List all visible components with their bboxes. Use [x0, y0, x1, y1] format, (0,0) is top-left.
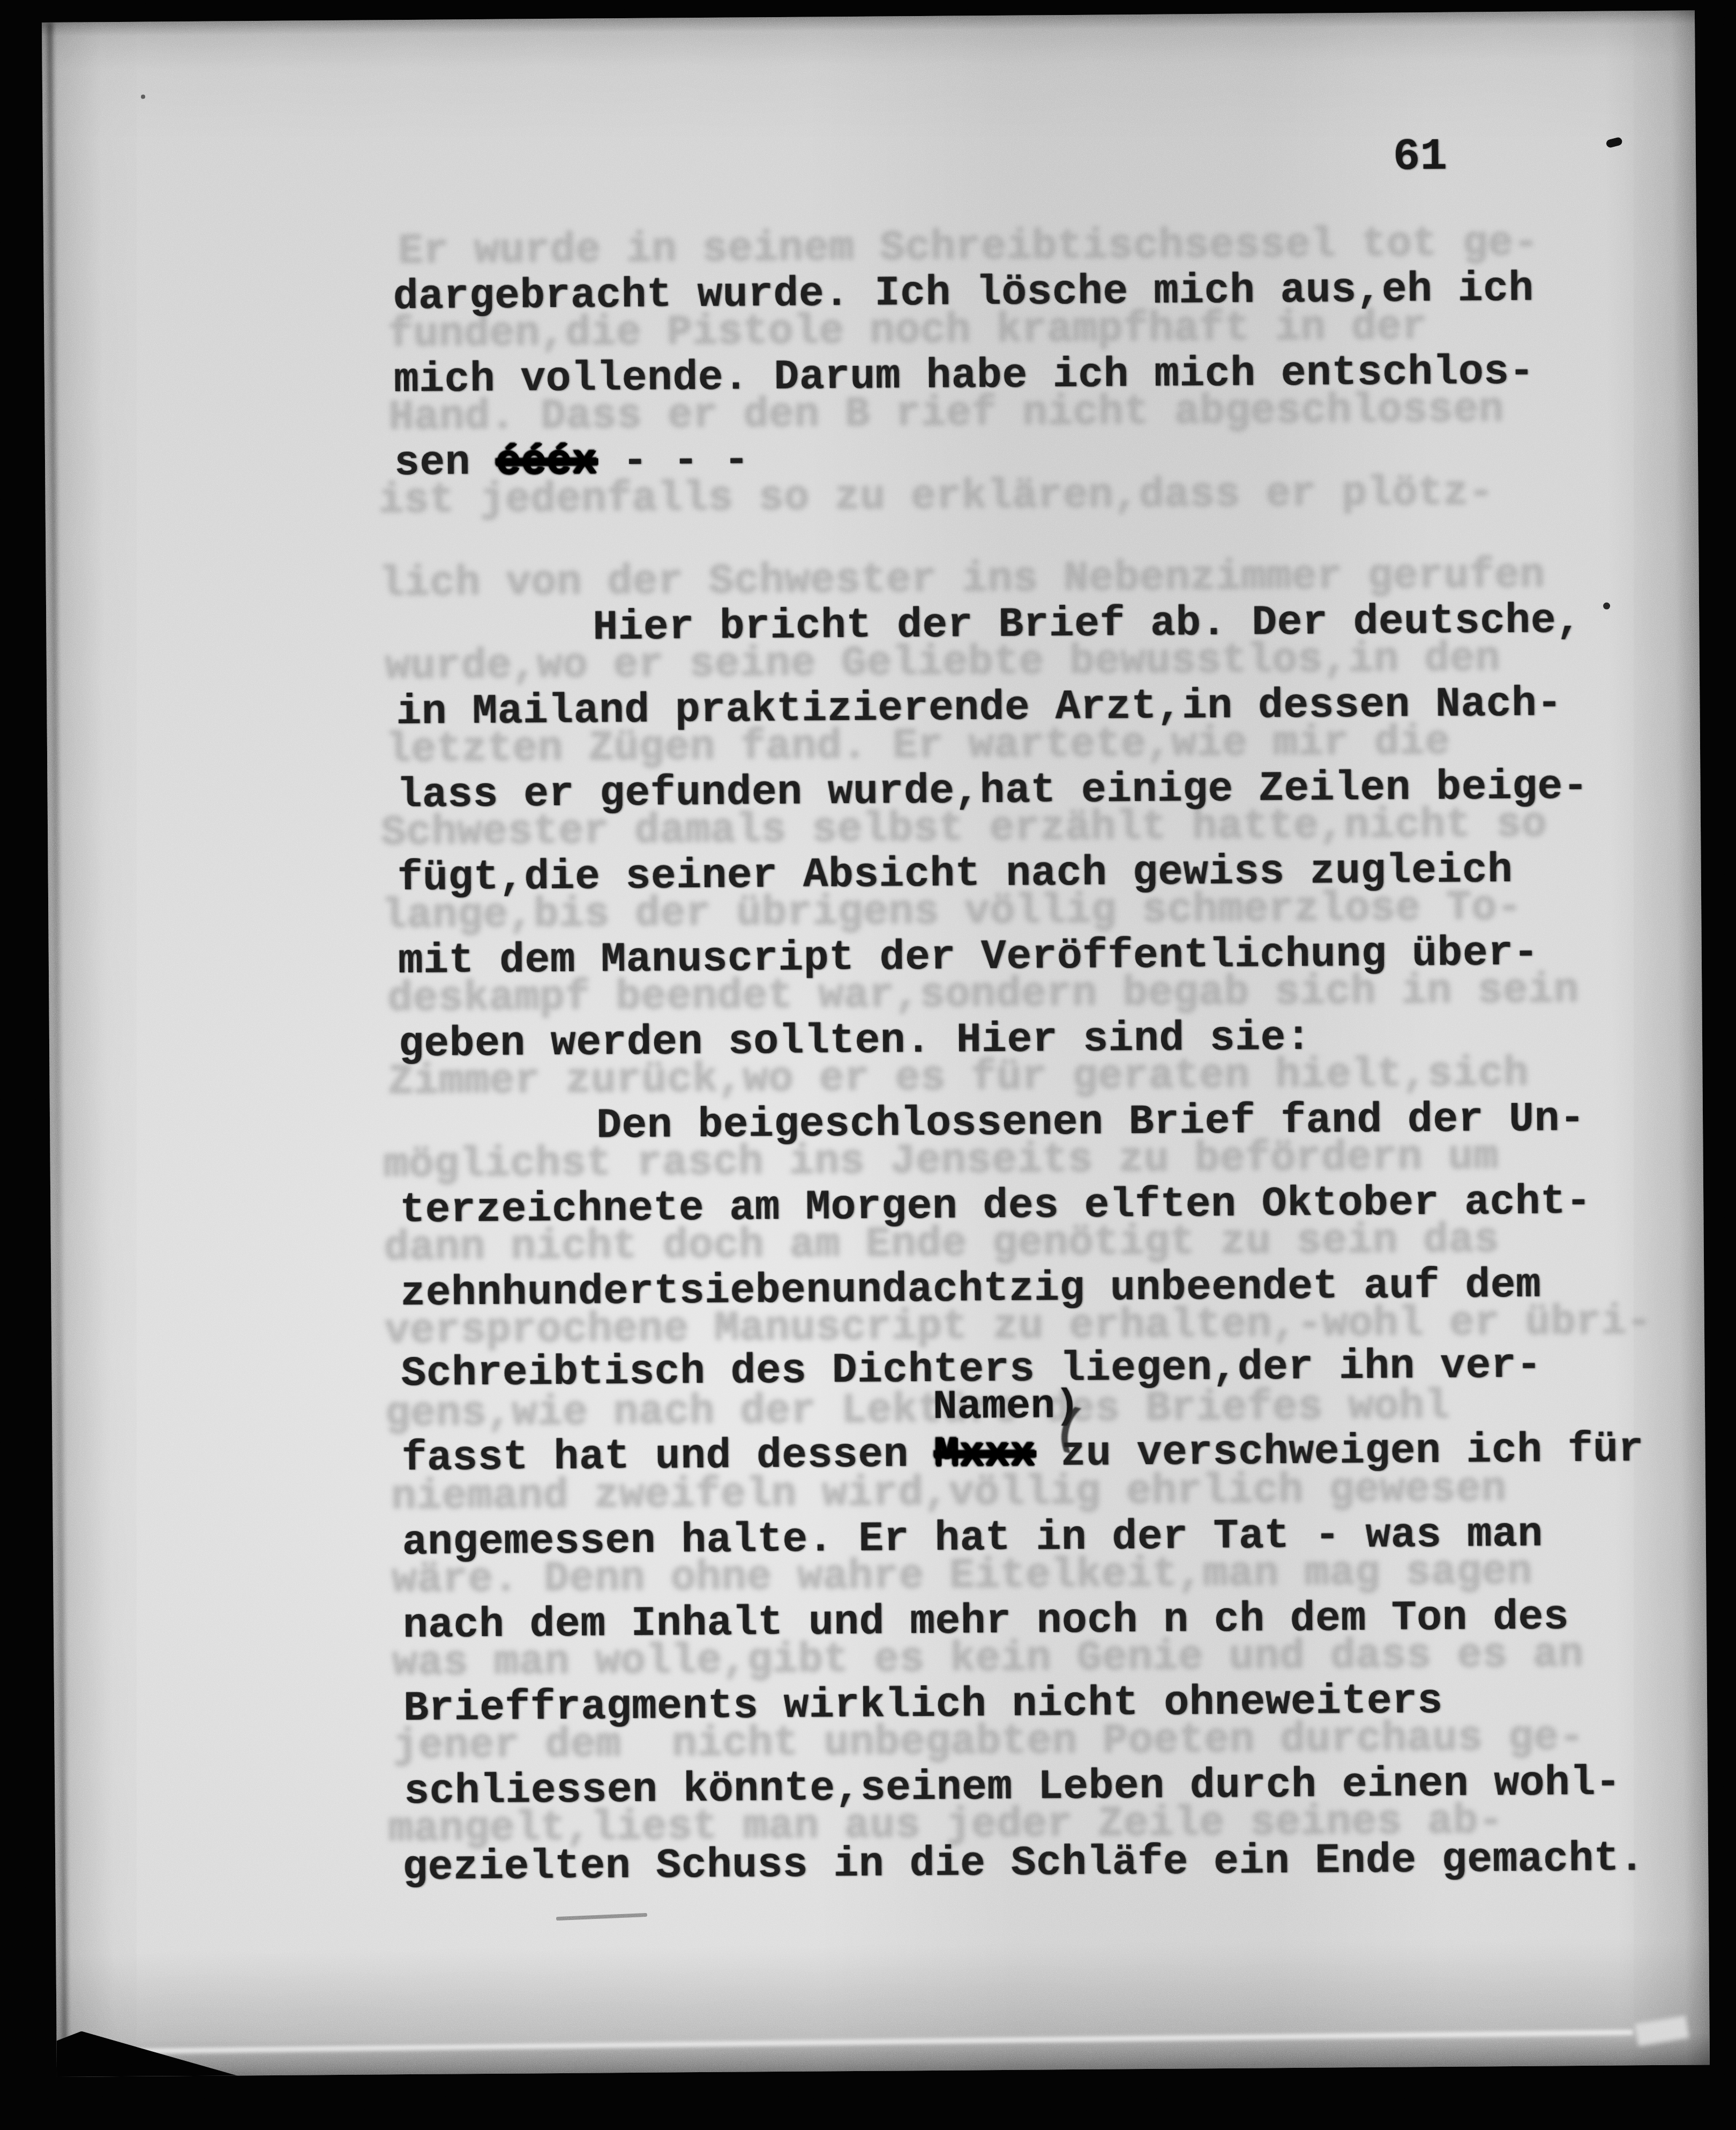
typed-line: gezielten Schuss in die Schläfe ein Ende… [402, 1835, 1645, 1892]
typed-line: geben werden sollten. Hier sind sie: [399, 1014, 1312, 1069]
bottom-left-shadow-wedge [42, 2030, 261, 2077]
typed-line: lass er gefunden wurde,hat einige Zeilen… [396, 763, 1588, 820]
typed-text: Brieffragments wirklich nicht ohneweiter… [403, 1678, 1443, 1732]
typed-line: nach dem Inhalt und mehr noch n ch dem T… [403, 1593, 1569, 1650]
typed-text: nach dem Inhalt und mehr noch n ch dem T… [403, 1594, 1569, 1649]
typed-text: - - - [597, 437, 749, 485]
typed-line: dargebracht wurde. Ich lösche mich aus,e… [393, 265, 1533, 322]
typed-text: in Mailand praktizierende Arzt,in dessen… [396, 680, 1562, 736]
typed-line: Den beigeschlossenen Brief fand der Un- [596, 1095, 1585, 1151]
typed-line: mich vollende. Darum habe ich mich entsc… [394, 348, 1535, 405]
overstruck-word: éééx [496, 438, 597, 486]
typed-text: mit dem Manuscript der Veröffentlichung … [398, 930, 1539, 986]
typed-text: geben werden sollten. Hier sind sie: [399, 1015, 1312, 1068]
paper-sheet: Er wurde in seinem Schreibtischsessel to… [42, 10, 1710, 2077]
typed-line: fügt,die seiner Absicht nach gewiss zugl… [397, 846, 1513, 903]
typed-text: mich vollende. Darum habe ich mich entsc… [394, 349, 1535, 404]
typed-line: sen éééx - - - [394, 437, 750, 487]
typed-text: Den beigeschlossenen Brief fand der Un- [596, 1096, 1585, 1150]
typed-text: terzeichnete am Morgen des elften Oktobe… [400, 1179, 1591, 1234]
typed-line: angemessen halte. Er hat in der Tat - wa… [402, 1511, 1543, 1567]
typed-line: fasst hat und dessen Mxxx zu verschweige… [401, 1426, 1644, 1483]
typed-text: schliessen könnte,seinem Leben durch ein… [404, 1759, 1621, 1816]
ink-speck [141, 95, 145, 99]
ink-speck [1605, 137, 1623, 148]
typed-line: in Mailand praktizierende Arzt,in dessen… [396, 680, 1562, 737]
typed-text: angemessen halte. Er hat in der Tat - wa… [402, 1511, 1543, 1567]
typed-text: Hier bricht der Brief ab. Der deutsche, [593, 597, 1582, 652]
page-number: 61 [1393, 133, 1447, 182]
typed-line: Hier bricht der Brief ab. Der deutsche, [593, 597, 1582, 652]
typed-line: mit dem Manuscript der Veröffentlichung … [398, 929, 1539, 986]
overstruck-word: Mxxx [934, 1430, 1036, 1478]
typed-text: lass er gefunden wurde,hat einige Zeilen… [396, 763, 1588, 819]
typed-text: zu verschweigen ich für [1035, 1426, 1644, 1477]
typed-line: Brieffragments wirklich nicht ohneweiter… [403, 1677, 1443, 1733]
typed-text: fasst hat und dessen [401, 1431, 934, 1482]
typed-text: fügt,die seiner Absicht nach gewiss zugl… [397, 847, 1513, 902]
typed-text: zehnhundertsiebenundachtzig unbeendet au… [400, 1262, 1541, 1318]
typed-line: terzeichnete am Morgen des elften Oktobe… [400, 1178, 1591, 1235]
typed-text: sen [394, 439, 496, 487]
typed-text: gezielten Schuss in die Schläfe ein Ende… [402, 1835, 1645, 1892]
ink-speck [556, 1913, 647, 1921]
typed-text: dargebracht wurde. Ich lösche mich aus,e… [393, 266, 1533, 321]
scanned-manuscript-page: Er wurde in seinem Schreibtischsessel to… [0, 0, 1736, 2130]
left-edge-crease [47, 22, 68, 2074]
ink-speck [1603, 603, 1610, 610]
typed-line: schliessen könnte,seinem Leben durch ein… [404, 1759, 1621, 1816]
page-content: Er wurde in seinem Schreibtischsessel to… [42, 10, 1710, 2077]
typed-line: zehnhundertsiebenundachtzig unbeendet au… [400, 1262, 1541, 1318]
page-bottom-edge-highlight [79, 2030, 1633, 2054]
bottom-right-paper-curl [1635, 2015, 1689, 2046]
